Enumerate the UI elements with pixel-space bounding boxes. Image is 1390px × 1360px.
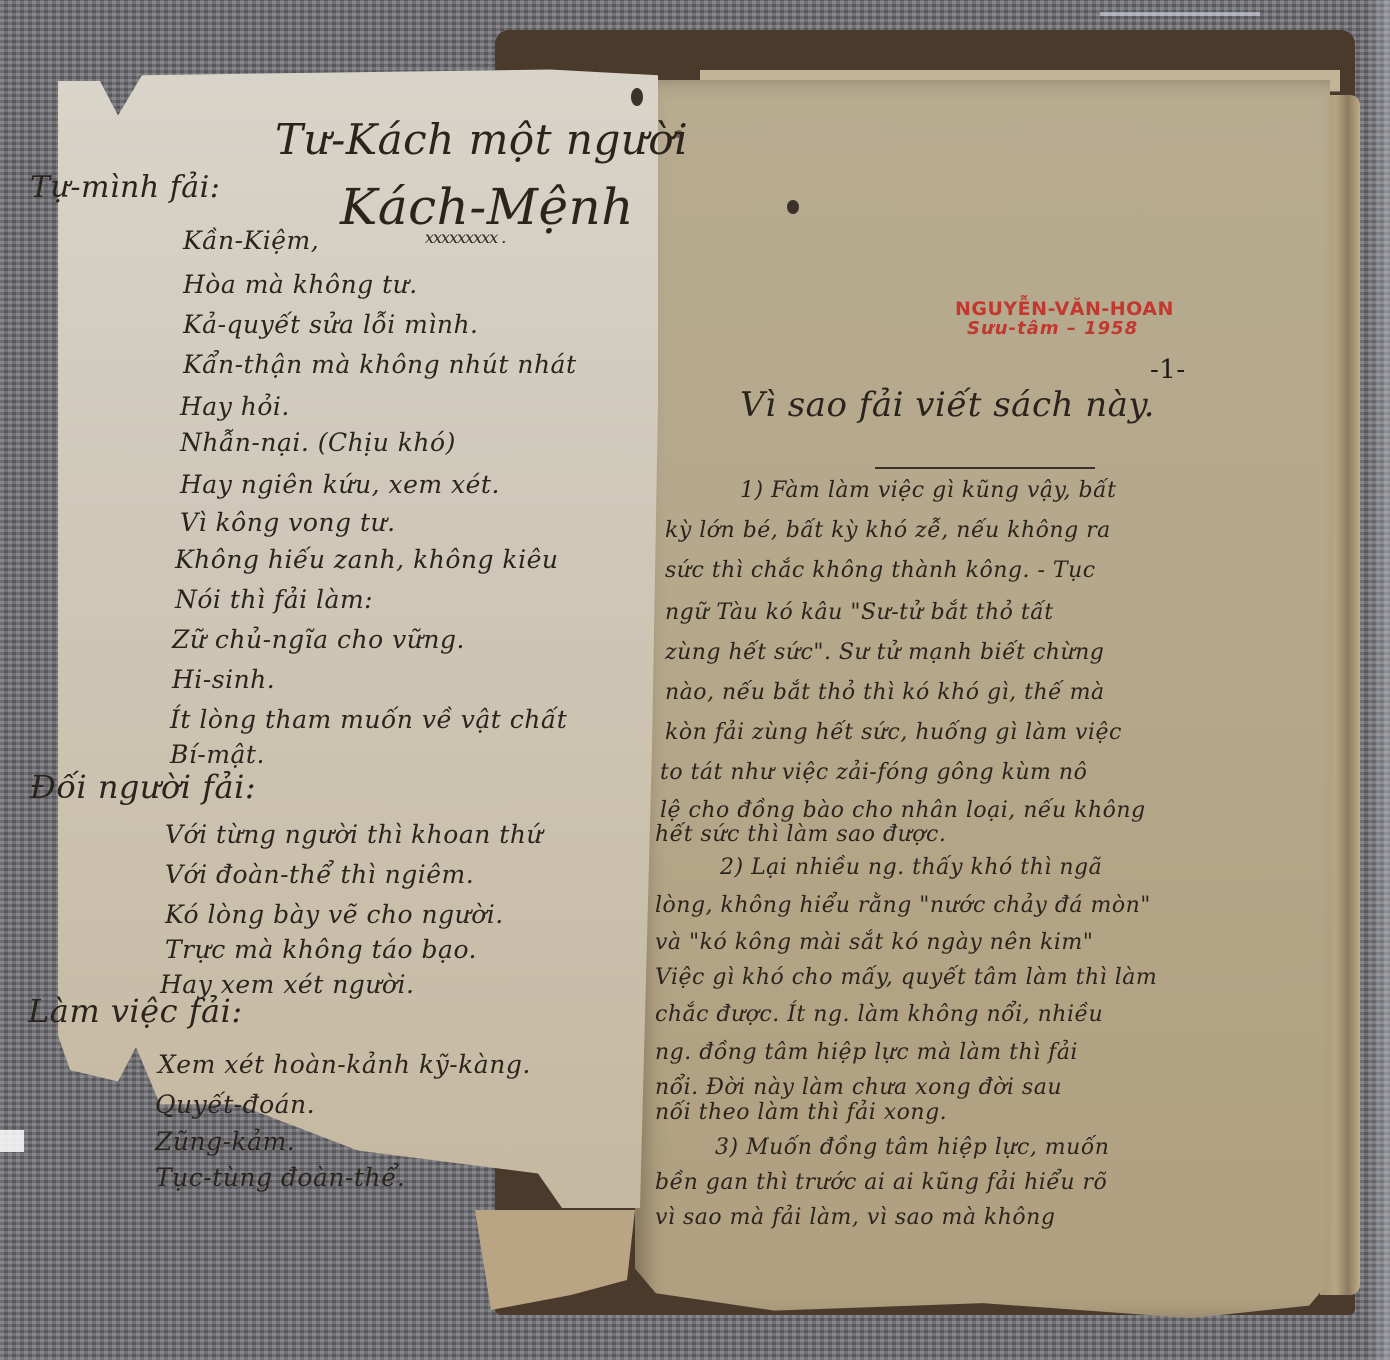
virtue-line: Zữ chủ-ngĩa cho vững. (172, 625, 465, 654)
virtue-line: Vì kông vong tư. (180, 508, 396, 537)
virtue-line: Kả-quyết sửa lỗi mình. (183, 310, 479, 339)
right-page-title: Vì sao fải viết sách này. (740, 385, 1155, 425)
virtue-line: Bí-mật. (170, 740, 265, 769)
virtue-line: Ít lòng tham muốn về vật chất (170, 705, 567, 734)
virtue-line: Không hiếu zanh, không kiêu (175, 545, 558, 574)
page-hole (787, 200, 799, 214)
ink-blot (631, 88, 643, 106)
left-page-title: Tư-Kách một người (275, 115, 688, 164)
text-line: vì sao mà fải làm, vì sao mà không (655, 1205, 1055, 1230)
virtue-line: Hay ngiên kứu, xem xét. (180, 470, 500, 499)
text-line: ngữ Tàu kó kâu "Sư-tử bắt thỏ tất (665, 600, 1054, 625)
conduct-line: Với từng người thì khoan thứ (165, 820, 543, 849)
text-line: to tát như việc zải-fóng gông kùm nô (660, 760, 1087, 785)
virtue-line: Hay hỏi. (180, 392, 290, 421)
text-line: 3) Muốn đồng tâm hiệp lực, muốn (715, 1135, 1109, 1160)
text-line: và "kó kông mài sắt kó ngày nên kim" (655, 930, 1093, 955)
stamp-subtitle: Sưu-tâm – 1958 (967, 320, 1174, 339)
work-line: Xem xét hoàn-kảnh kỹ-kàng. (158, 1050, 531, 1079)
text-line: ng. đồng tâm hiệp lực mà làm thì fải (655, 1040, 1078, 1065)
text-line: lệ cho đồng bào cho nhân loại, nếu không (660, 798, 1146, 823)
text-line: zùng hết sức". Sư tử mạnh biết chừng (665, 640, 1104, 665)
text-line: sức thì chắc không thành kông. - Tục (665, 558, 1096, 583)
virtue-line: Nói thì fải làm: (175, 585, 373, 614)
work-line: Quyết-đoán. (155, 1090, 315, 1119)
decorative-underline: xxxxxxxxx . (425, 228, 505, 247)
text-line: kòn fải zùng hết sức, huống gì làm việc (665, 720, 1122, 745)
glass-reflection-corner (0, 1130, 24, 1152)
virtue-line: Nhẫn-nại. (Chịu khó) (180, 428, 456, 457)
stamp-name: NGUYỄN-VĂN-HOAN (955, 300, 1174, 320)
page-number: -1- (1150, 355, 1186, 385)
title-underline (875, 467, 1095, 469)
collector-stamp: NGUYỄN-VĂN-HOAN Sưu-tâm – 1958 (955, 300, 1174, 339)
virtue-line: Kẩn-thận mà không nhút nhát (183, 350, 577, 379)
text-line: kỳ lớn bé, bất kỳ khó zễ, nếu không ra (665, 518, 1111, 543)
text-line: hết sức thì làm sao được. (655, 822, 946, 847)
text-line: nối theo làm thì fải xong. (655, 1100, 947, 1125)
self-label: Tự-mình fải: (30, 170, 220, 205)
section-heading-others: Đối người fải: (30, 768, 256, 806)
conduct-line: Trực mà không táo bạo. (165, 935, 477, 964)
glass-reflection (1100, 12, 1260, 16)
text-line: Việc gì khó cho mấy, quyết tâm làm thì l… (655, 965, 1157, 990)
text-line: 2) Lại nhiều ng. thấy khó thì ngã (720, 855, 1102, 880)
glass-reflection-edge (1368, 0, 1390, 1360)
work-line: Tục-tùng đoàn-thể. (155, 1163, 405, 1192)
conduct-line: Với đoàn-thể thì ngiêm. (165, 860, 474, 889)
text-line: 1) Fàm làm việc gì kũng vậy, bất (740, 478, 1116, 503)
text-line: bền gan thì trước ai ai kũng fải hiểu rõ (655, 1170, 1107, 1195)
text-line: lòng, không hiểu rằng "nước chảy đá mòn" (655, 893, 1151, 918)
conduct-line: Kó lòng bày vẽ cho người. (165, 900, 504, 929)
virtue-line: Hi-sinh. (172, 665, 275, 694)
virtue-line: Kần-Kiệm, (183, 226, 319, 255)
virtue-line: Hòa mà không tư. (183, 270, 418, 299)
text-line: chắc được. Ít ng. làm không nổi, nhiều (655, 1002, 1103, 1027)
text-line: nổi. Đời này làm chưa xong đời sau (655, 1075, 1062, 1100)
text-line: nào, nếu bắt thỏ thì kó khó gì, thế mà (665, 680, 1105, 705)
section-heading-work: Làm việc fải: (28, 992, 243, 1030)
work-line: Zũng-kảm. (155, 1127, 295, 1156)
